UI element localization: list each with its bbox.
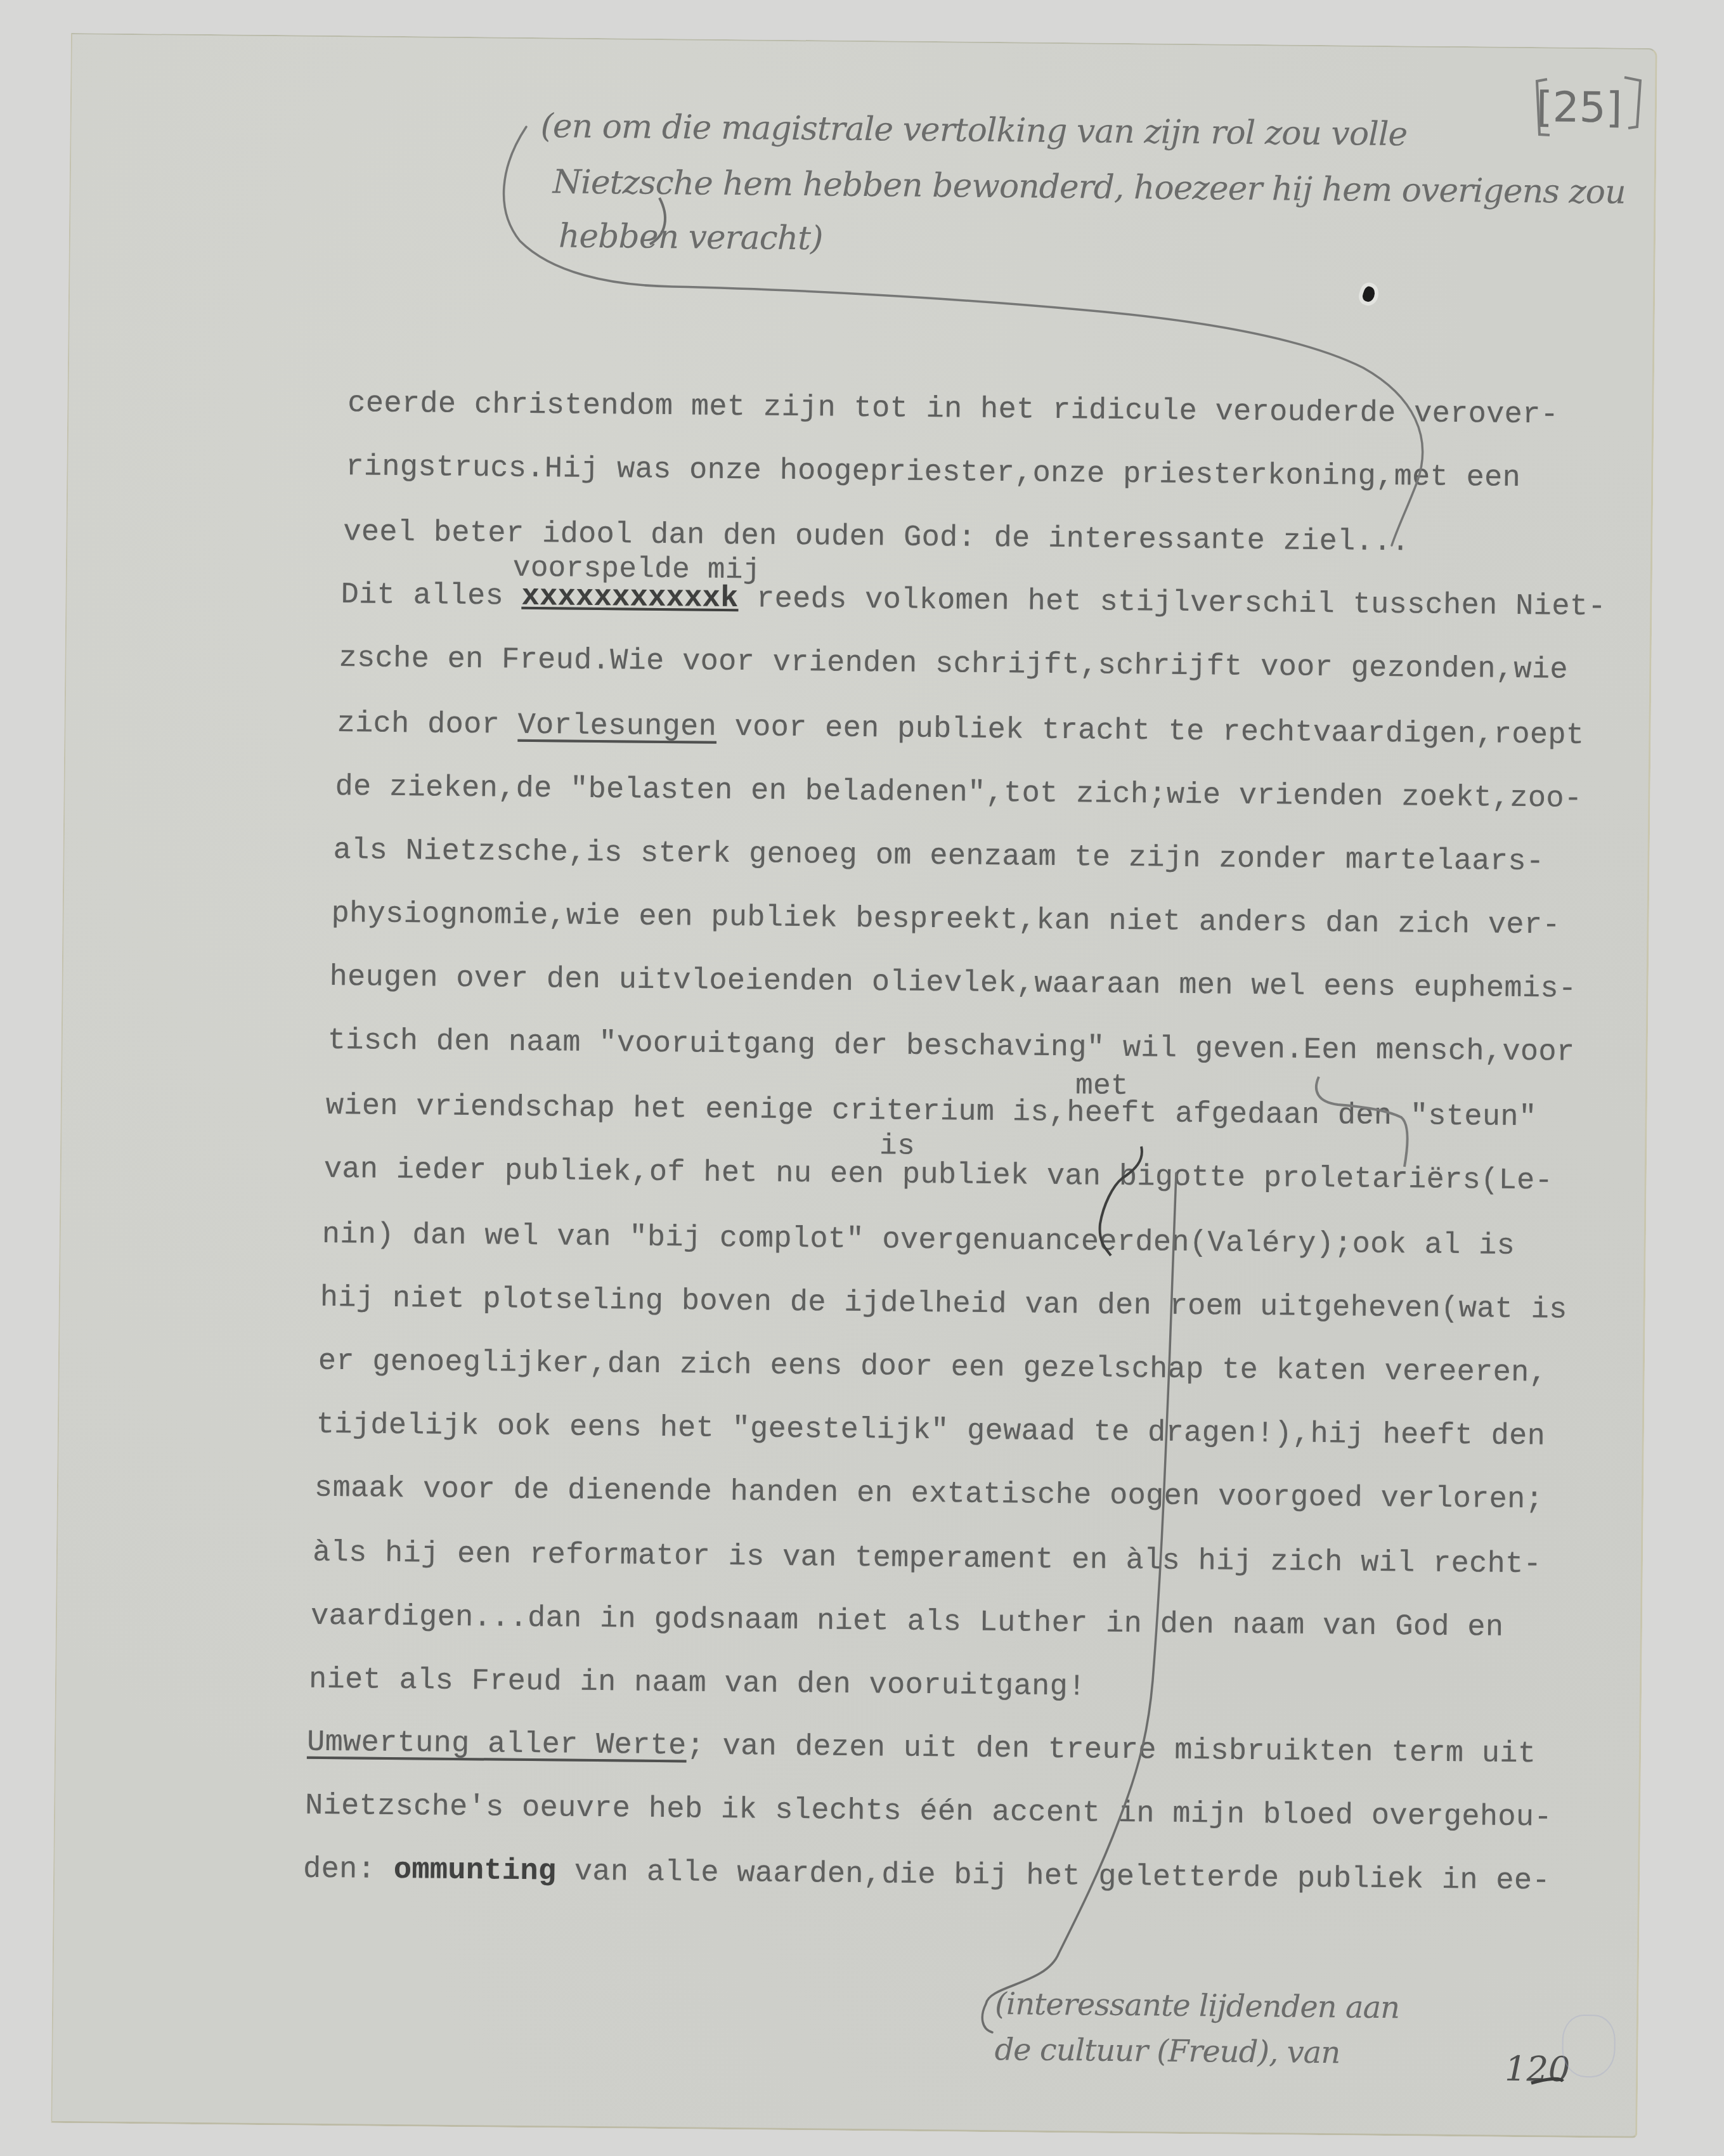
typed-line-19: àls hij een reformator is van temperamen… xyxy=(313,1538,1542,1580)
faint-stamp-mark xyxy=(1562,2015,1616,2078)
typed-text-block: voorspelde mij met is ceerde christendom… xyxy=(52,34,1659,2140)
typed-line-12: wien vriendschap het eenige criterium is… xyxy=(326,1091,1537,1133)
overstruck-word: ommunting xyxy=(393,1854,556,1888)
struck-out-word: xxxxxxxxxxxk xyxy=(521,580,739,616)
text-segment: zich door xyxy=(337,707,518,743)
handwritten-note-bottom-line-2: de cultuur (Freud), van xyxy=(994,2034,1340,2068)
typed-line-24: den: ommunting van alle waarden,die bij … xyxy=(303,1855,1550,1897)
typed-line-5: zsche en Freud.Wie voor vrienden schrijf… xyxy=(339,644,1568,685)
typed-line-17: tijdelijk ook eens het "geestelijk" gewa… xyxy=(316,1410,1546,1452)
typed-line-22: Umwertung aller Werte; van dezen uit den… xyxy=(307,1728,1536,1770)
typed-line-4: Dit alles xxxxxxxxxxxk reeds volkomen he… xyxy=(340,580,1606,622)
typed-line-20: vaardigen...dan in godsnaam niet als Lut… xyxy=(311,1602,1504,1643)
typed-line-9: physiognomie,wie een publiek bespreekt,k… xyxy=(331,899,1560,941)
text-segment: den: xyxy=(303,1853,394,1887)
interlinear-is: is xyxy=(879,1131,915,1161)
handwritten-note-bottom-line-1: (interessante lijdenden aan xyxy=(995,1989,1399,2023)
text-segment: voor een publiek tracht te rechtvaardige… xyxy=(716,711,1585,753)
typed-line-13: van ieder publiek,of het nu een publiek … xyxy=(324,1155,1553,1197)
page-number-text: 120 xyxy=(1505,2049,1571,2089)
typed-line-3: veel beter idool dan den ouden God: de i… xyxy=(343,517,1410,557)
typed-line-2: ringstrucs.Hij was onze hoogepriester,on… xyxy=(346,452,1520,493)
typed-line-21: niet als Freud in naam van den vooruitga… xyxy=(309,1665,1086,1703)
typed-line-10: heugen over den uitvloeienden olievlek,w… xyxy=(329,963,1576,1004)
folio-bracket-number: [25] xyxy=(1536,86,1623,129)
manuscript-page: voorspelde mij met is ceerde christendom… xyxy=(51,33,1657,2138)
typed-line-23: Nietzsche's oeuvre heb ik slechts één ac… xyxy=(305,1791,1552,1833)
text-segment: reeds volkomen het stijlverschil tussche… xyxy=(738,582,1606,624)
typed-line-7: de zieken,de "belasten en beladenen",tot… xyxy=(335,772,1582,814)
typed-line-8: als Nietzsche,is sterk genoeg om eenzaam… xyxy=(333,836,1544,877)
typed-line-16: er genoeglijker,dan zich eens door een g… xyxy=(318,1347,1548,1389)
text-segment: van alle waarden,die bij het geletterde … xyxy=(556,1855,1550,1898)
page-number-120: 120 xyxy=(1505,2052,1571,2087)
handwritten-note-top-line-1: (en om die magistrale vertolking van zij… xyxy=(540,110,1407,151)
handwritten-note-top-line-3: hebben veracht) xyxy=(559,219,823,255)
handwritten-note-top-line-2: Nietzsche hem hebben bewonderd, hoezeer … xyxy=(553,166,1626,209)
typed-line-15: hij niet plotseling boven de ijdelheid v… xyxy=(320,1283,1567,1325)
text-segment: ; van dezen uit den treure misbruikten t… xyxy=(686,1729,1536,1771)
text-segment: Dit alles xyxy=(340,578,522,614)
folio-number-25: 25 xyxy=(1552,82,1606,132)
underlined-umwertung: Umwertung aller Werte xyxy=(307,1726,687,1763)
typed-line-14: nin) dan wel van "bij complot" overgenua… xyxy=(322,1220,1515,1261)
typed-line-1: ceerde christendom met zijn tot in het r… xyxy=(347,389,1559,430)
typed-line-18: smaak voor de dienende handen en extatis… xyxy=(314,1474,1544,1516)
underlined-vorlesungen: Vorlesungen xyxy=(517,709,716,744)
typed-line-6: zich door Vorlesungen voor een publiek t… xyxy=(337,709,1584,751)
typed-line-11: tisch den naam "vooruitgang der beschavi… xyxy=(328,1026,1575,1068)
